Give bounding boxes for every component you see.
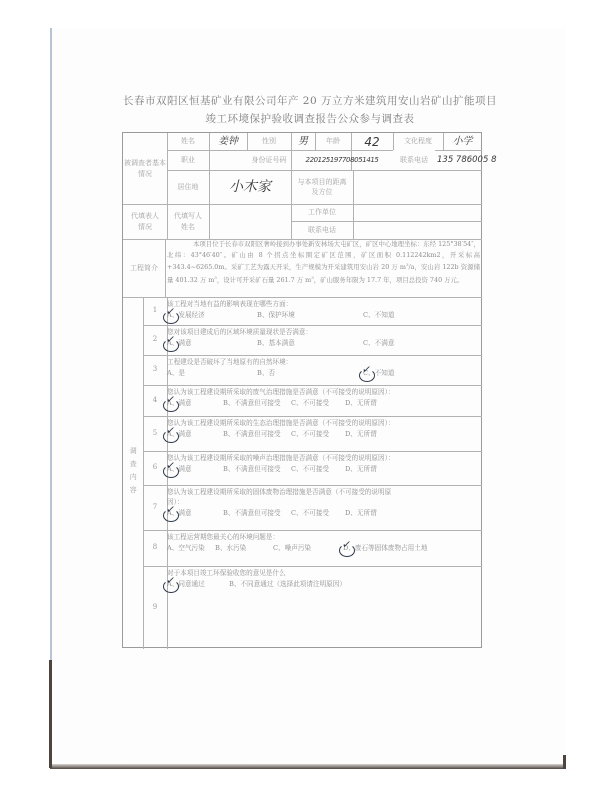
gender-label: 性别 (247, 133, 291, 150)
selection-circle-icon (163, 399, 179, 412)
option-a[interactable]: A、满意✓ (167, 463, 192, 475)
question-text: 您认为该工程建设期所采取的废气治理措施是否满意（不可接受的说明原因）： (167, 387, 481, 397)
option-b[interactable]: B、水污染 (215, 542, 246, 554)
option-a[interactable]: A、满意✓ (167, 397, 192, 409)
question-text: 您认为该工程建设期所采取的固体废物治理措施是否满意（不可接受的说明原 (167, 487, 481, 497)
age-label: 年龄 (315, 133, 351, 150)
question-text: 您认为该工程建设期所采取的噪声治理措施是否满意（不可接受的说明原因）： (167, 453, 481, 463)
question-text: 您认为该工程建设期所采取的生态治理措施是否满意（不可接受的说明原因）： (167, 418, 481, 428)
option-c[interactable]: C、不可接受 (291, 428, 329, 440)
option-a[interactable]: A、满意✓ (167, 337, 192, 349)
page-edge-shadow-left (49, 660, 52, 768)
option-a[interactable]: A、空气污染 (167, 542, 205, 554)
option-d[interactable]: D、无所谓 (345, 428, 377, 440)
proxy-name-value[interactable] (209, 204, 291, 239)
selection-circle-icon (163, 311, 179, 324)
survey-question-3: 工程建设是否破坏了当地原有的自然环境：A、是B、否C、不知道✓ (167, 357, 481, 379)
distance-value[interactable] (353, 170, 482, 204)
question-number: 8 (145, 543, 165, 551)
option-a[interactable]: A、发展经济✓ (167, 309, 205, 321)
question-number: 5 (145, 429, 165, 437)
age-value[interactable]: 42 (351, 133, 393, 150)
distance-label: 与本项目的距离及方位 (291, 170, 353, 204)
option-b[interactable]: B、不满意但可接受 (223, 397, 281, 409)
selection-circle-icon (339, 544, 355, 557)
survey-form-table: 被调查者基本情况 姓名 姜钟 性别 男 年龄 42 文化程度 小学 职业 身份证… (122, 132, 482, 648)
question-text: 您对该项目建成后的区域环境质量现状是否满意： (167, 327, 481, 337)
survey-question-5: 您认为该工程建设期所采取的生态治理措施是否满意（不可接受的说明原因）：A、满意✓… (167, 418, 481, 440)
survey-question-4: 您认为该工程建设期所采取的废气治理措施是否满意（不可接受的说明原因）：A、满意✓… (167, 387, 481, 409)
option-c[interactable]: C、不知道✓ (363, 367, 394, 379)
survey-question-9: 对于本项目竣工环保验收您的意见是什么A、同意通过✓B、不同意通过（选择此项请注明… (167, 568, 481, 590)
question-number: 2 (145, 335, 165, 343)
question-number: 1 (145, 306, 165, 314)
phone-value[interactable]: 135 786005 8 (435, 150, 482, 170)
selection-circle-icon (163, 465, 179, 478)
selection-circle-icon (163, 430, 179, 443)
survey-question-6: 您认为该工程建设期所采取的噪声治理措施是否满意（不可接受的说明原因）：A、满意✓… (167, 453, 481, 475)
survey-question-2: 您对该项目建成后的区域环境质量现状是否满意：A、满意✓B、基本满意C、不满意 (167, 327, 481, 349)
question-text: 工程建设是否破坏了当地原有的自然环境： (167, 357, 481, 367)
document-title: 长春市双阳区恒基矿业有限公司年产 20 万立方米建筑用安山岩矿山扩能项目 (120, 93, 500, 108)
question-number: 4 (145, 396, 165, 404)
option-b[interactable]: B、保护环境 (257, 309, 295, 321)
question-text: 该工程对当地有益的影响表现在哪些方面： (167, 299, 481, 309)
option-b[interactable]: B、基本满意 (257, 337, 295, 349)
option-d[interactable]: D、废石等固体废物占用土地✓ (343, 542, 427, 554)
id-number-label: 身份证号码 (247, 150, 291, 170)
option-d[interactable]: D、无所谓 (345, 397, 377, 409)
question-number: 9 (145, 603, 165, 611)
phone-label: 联系电话 (393, 150, 435, 170)
gender-value[interactable]: 男 (291, 133, 315, 150)
option-a[interactable]: A、同意通过✓ (167, 578, 205, 590)
question-number: 3 (145, 365, 165, 373)
page-edge-shadow (50, 764, 566, 769)
question-text: 该工程运营期您最关心的环境问题是： (167, 532, 481, 542)
survey-section-label: 调查内容 (123, 297, 143, 649)
option-d[interactable]: D、无所谓 (345, 463, 377, 475)
selection-circle-icon (163, 339, 179, 352)
project-intro-text: 本项目位于长春市双阳区奢岭接到办事处新安林场大屯矿区，矿区中心地理坐标：东经 1… (167, 239, 480, 286)
residence-value[interactable]: 小木家 (209, 170, 291, 204)
respondent-section-label: 被调查者基本情况 (123, 133, 167, 204)
option-b[interactable]: B、不同意通过（选择此项请注明原因） (229, 578, 346, 590)
question-number: 6 (145, 463, 165, 471)
option-c[interactable]: C、不可接受 (291, 397, 329, 409)
survey-question-1: 该工程对当地有益的影响表现在哪些方面：A、发展经济✓B、保护环境C、不知道 (167, 299, 481, 321)
selection-circle-icon (163, 580, 179, 593)
occupation-label: 职业 (167, 150, 209, 170)
selection-circle-icon (163, 509, 179, 522)
option-c[interactable]: C、不可接受 (291, 463, 329, 475)
survey-question-8: 该工程运营期您最关心的环境问题是：A、空气污染B、水污染C、噪声污染D、废石等固… (167, 532, 481, 554)
option-b[interactable]: B、否 (257, 367, 275, 379)
option-c[interactable]: C、不满意 (363, 337, 394, 349)
page-edge-shadow-right (563, 755, 566, 769)
option-a[interactable]: A、是 (167, 367, 185, 379)
proxy-section-label: 代填表人情况 (123, 204, 167, 239)
question-text: 对于本项目竣工环保验收您的意见是什么 (167, 568, 481, 578)
proxy-phone-value[interactable] (353, 221, 482, 239)
option-a[interactable]: A、满意✓ (167, 428, 192, 440)
work-unit-value[interactable] (353, 204, 482, 221)
option-b[interactable]: B、不满意但可接受 (223, 463, 281, 475)
residence-label: 居住地 (167, 170, 209, 204)
question-number: 7 (145, 503, 165, 511)
name-label: 姓名 (167, 133, 209, 150)
name-value[interactable]: 姜钟 (209, 133, 247, 150)
question-text-cont: 因）： (167, 497, 481, 507)
education-value[interactable]: 小学 (443, 133, 482, 150)
education-label: 文化程度 (393, 133, 443, 150)
option-a[interactable]: A、满意✓ (167, 507, 192, 519)
project-intro-label: 工程简介 (123, 239, 165, 297)
survey-question-7: 您认为该工程建设期所采取的固体废物治理措施是否满意（不可接受的说明原因）：A、满… (167, 487, 481, 519)
proxy-name-label: 代填写人姓名 (167, 204, 209, 239)
id-number-value[interactable]: 220125197708051415 (291, 150, 393, 170)
work-unit-label: 工作单位 (291, 204, 353, 221)
document-subtitle: 竣工环境保护验收调查报告公众参与调查表 (120, 111, 500, 126)
option-c[interactable]: C、不知道 (363, 309, 394, 321)
selection-circle-icon (359, 369, 375, 382)
option-d[interactable]: D、无所谓 (345, 507, 377, 519)
option-c[interactable]: C、噪声污染 (273, 542, 311, 554)
proxy-phone-label: 联系电话 (291, 221, 353, 239)
option-c[interactable]: C、不可接受 (291, 507, 329, 519)
option-b[interactable]: B、不满意但可接受 (223, 507, 281, 519)
option-b[interactable]: B、不满意但可接受 (223, 428, 281, 440)
